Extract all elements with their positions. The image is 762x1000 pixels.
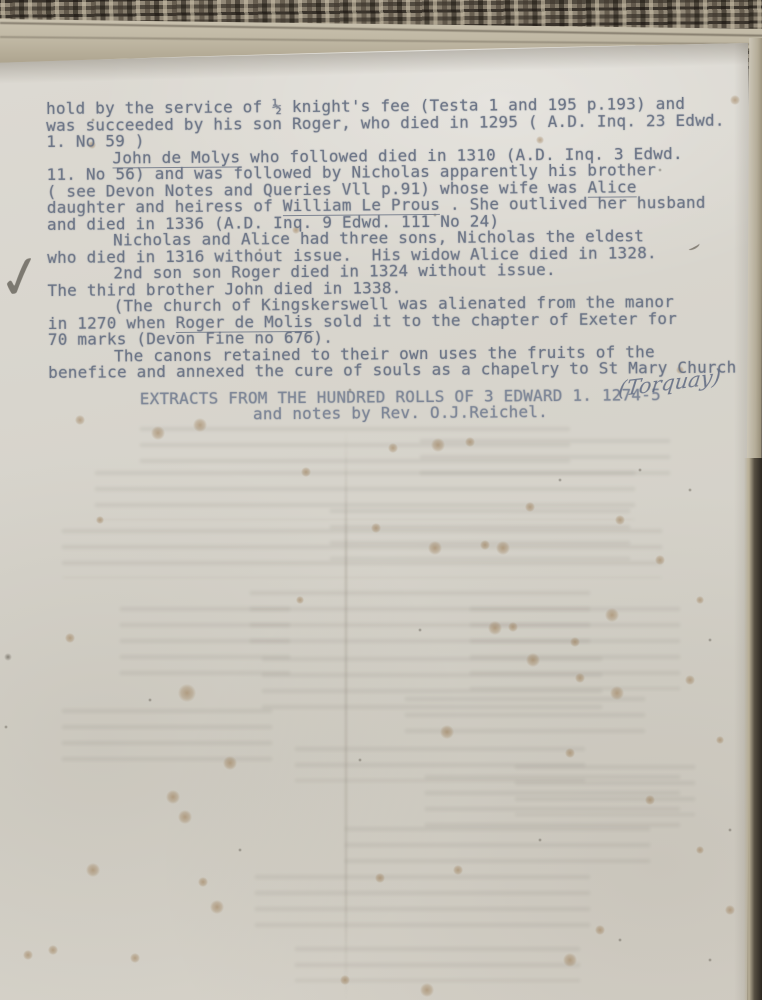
- fold-crease: [345, 430, 347, 1000]
- background-edge-right: [744, 458, 762, 1000]
- typed-paragraphs: hold by the service of ½ knight's fee (T…: [46, 95, 752, 381]
